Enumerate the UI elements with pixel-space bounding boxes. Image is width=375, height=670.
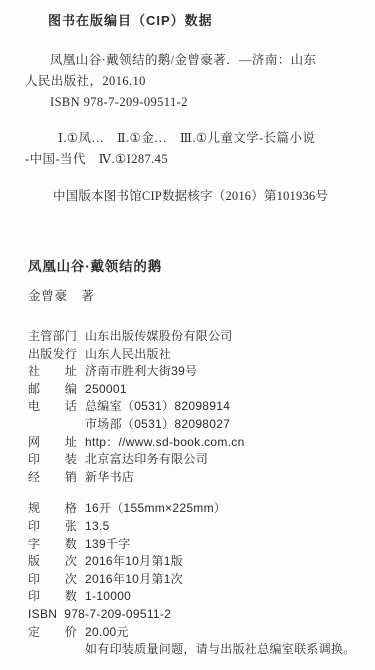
colophon-row-printrun: 印 数 1-10000 (28, 588, 361, 606)
colophon-row-phone-marketing: 市场部（0531）82098027 (28, 416, 361, 434)
colophon-label: 印 装 (28, 451, 85, 469)
cip-paragraph: 凤凰山谷·戴领结的鹅/金曾豪著．—济南：山东 人民出版社，2016.10 ISB… (25, 50, 355, 113)
colophon-value: 16开（155mm×225mm） (85, 500, 361, 518)
cip-heading: 图书在版编目（CIP）数据 (48, 12, 355, 30)
colophon-label: ISBN (28, 606, 57, 624)
colophon-label: 规 格 (28, 500, 85, 518)
colophon-row-wordcount: 字 数 139千字 (28, 536, 361, 554)
colophon-row-format: 规 格 16开（155mm×225mm） (28, 500, 361, 518)
colophon-row-sheets: 印 张 13.5 (28, 518, 361, 536)
colophon-row-printer: 印 装 北京富达印务有限公司 (28, 451, 361, 469)
colophon-value: 20.00元 (85, 624, 361, 642)
book-copyright-page: 图书在版编目（CIP）数据 凤凰山谷·戴领结的鹅/金曾豪著．—济南：山东 人民出… (0, 0, 375, 670)
colophon-row-address: 社 址 济南市胜利大街39号 (28, 363, 361, 381)
colophon-row-isbn: ISBN 978-7-209-09511-2 (28, 606, 361, 624)
book-author: 金曾豪 著 (28, 286, 162, 304)
colophon-value: 市场部（0531）82098027 (85, 416, 361, 434)
colophon-value: 总编室（0531）82098914 (85, 398, 361, 416)
colophon-value-url: http：//www.sd-book.com.cn (85, 434, 361, 452)
colophon-value: 济南市胜利大街39号 (85, 363, 361, 381)
cip-class-line2: -中国-当代 Ⅳ.①I287.45 (25, 149, 355, 170)
colophon-row-edition: 版 次 2016年10月第1版 (28, 553, 361, 571)
colophon-label: 定 价 (28, 624, 85, 642)
cip-isbn-line: ISBN 978-7-209-09511-2 (25, 92, 355, 113)
cip-description-line2: 人民出版社，2016.10 (25, 71, 355, 92)
book-title: 凤凰山谷·戴领结的鹅 (28, 255, 162, 275)
cip-class-line1: Ⅰ.①凤… Ⅱ.①金… Ⅲ.①儿童文学-长篇小说 (25, 128, 355, 149)
colophon-row-impression: 印 次 2016年10月第1次 (28, 571, 361, 589)
title-block: 凤凰山谷·戴领结的鹅 金曾豪 著 (28, 255, 162, 304)
cip-classification: Ⅰ.①凤… Ⅱ.①金… Ⅲ.①儿童文学-长篇小说 -中国-当代 Ⅳ.①I287.… (25, 128, 355, 170)
colophon-label: 印 张 (28, 518, 85, 536)
colophon-row-supervisor: 主管部门 山东出版传媒股份有限公司 (28, 328, 361, 346)
colophon-label: 邮 编 (28, 381, 85, 399)
colophon-label (28, 416, 85, 434)
colophon-value: 13.5 (85, 518, 361, 536)
cip-record-number: 中国版本图书馆CIP数据核字（2016）第101936号 (53, 186, 355, 207)
colophon-label: 出版发行 (28, 346, 85, 364)
colophon-row-distributor: 经 销 新华书店 (28, 469, 361, 487)
colophon-label: 社 址 (28, 363, 85, 381)
colophon-row-phone-editorial: 电 话 总编室（0531）82098914 (28, 398, 361, 416)
colophon-label: 经 销 (28, 469, 85, 487)
colophon: 主管部门 山东出版传媒股份有限公司 出版发行 山东人民出版社 社 址 济南市胜利… (28, 328, 361, 659)
colophon-row-postcode: 邮 编 250001 (28, 381, 361, 399)
colophon-value: 北京富达印务有限公司 (85, 451, 361, 469)
colophon-value: 250001 (85, 381, 361, 399)
colophon-value: 山东人民出版社 (85, 346, 361, 364)
colophon-label: 版 次 (28, 553, 85, 571)
colophon-label: 字 数 (28, 536, 85, 554)
colophon-value: 山东出版传媒股份有限公司 (85, 328, 361, 346)
colophon-label: 主管部门 (28, 328, 85, 346)
colophon-label: 印 次 (28, 571, 85, 589)
colophon-value: 新华书店 (85, 469, 361, 487)
colophon-value: 2016年10月第1次 (85, 571, 361, 589)
colophon-row-publisher: 出版发行 山东人民出版社 (28, 346, 361, 364)
colophon-value: 978-7-209-09511-2 (64, 606, 361, 624)
colophon-label: 网 址 (28, 434, 85, 452)
colophon-label: 印 数 (28, 588, 85, 606)
colophon-value: 1-10000 (85, 588, 361, 606)
colophon-row-price: 定 价 20.00元 (28, 624, 361, 642)
colophon-label: 电 话 (28, 398, 85, 416)
colophon-row-website: 网 址 http：//www.sd-book.com.cn (28, 434, 361, 452)
colophon-value: 2016年10月第1版 (85, 553, 361, 571)
quality-note: 如有印装质量问题，请与出版社总编室联系调换。 (85, 641, 361, 659)
cip-section: 图书在版编目（CIP）数据 凤凰山谷·戴领结的鹅/金曾豪著．—济南：山东 人民出… (25, 12, 355, 207)
colophon-group-gap (28, 486, 361, 500)
cip-description-line1: 凤凰山谷·戴领结的鹅/金曾豪著．—济南：山东 (25, 50, 355, 71)
colophon-value: 139千字 (85, 536, 361, 554)
